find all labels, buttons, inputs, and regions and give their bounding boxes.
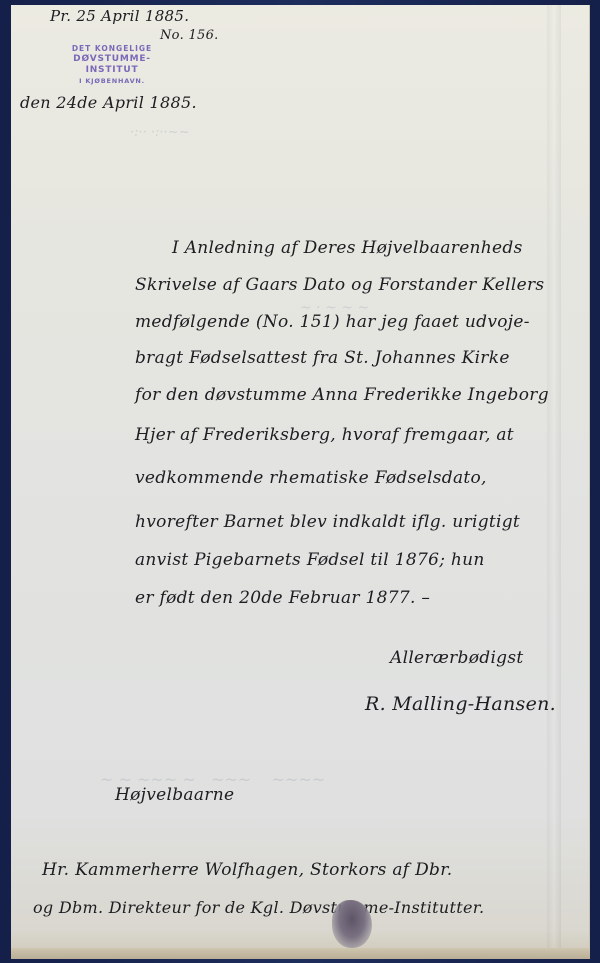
body-line-6: Hjer af Frederiksberg, hvoraf fremgaar, … bbox=[135, 425, 514, 445]
addressee-line-2: og Dbm. Direkteur for de Kgl. Døvstumme-… bbox=[33, 898, 484, 917]
signature: R. Malling-Hansen. bbox=[365, 693, 556, 715]
body-line-10: er født den 20de Februar 1877. – bbox=[135, 588, 430, 608]
addressee-line-1: Hr. Kammerherre Wolfhagen, Storkors af D… bbox=[42, 860, 452, 880]
letter-date: den 24de April 1885. bbox=[20, 93, 197, 112]
body-line-1: I Anledning af Deres Højvelbaarenheds bbox=[172, 238, 523, 258]
reference-number: No. 156. bbox=[160, 28, 219, 43]
received-note: Pr. 25 April 1885. bbox=[50, 7, 189, 25]
paper-fold bbox=[547, 5, 561, 959]
stamp-line-3: I KJØBENHAVN. bbox=[52, 76, 172, 87]
institute-stamp: DET KONGELIGE DØVSTUMME-INSTITUT I KJØBE… bbox=[52, 43, 172, 87]
body-line-5: for den døvstumme Anna Frederikke Ingebo… bbox=[135, 385, 549, 405]
stamp-line-2: DØVSTUMME-INSTITUT bbox=[52, 54, 172, 76]
stamp-line-1: DET KONGELIGE bbox=[52, 43, 172, 54]
body-line-2: Skrivelse af Gaars Dato og Forstander Ke… bbox=[135, 275, 544, 295]
ink-stain bbox=[332, 900, 372, 948]
bleed-through-text: ·:·· ·:··~~ bbox=[130, 125, 189, 140]
body-line-9: anvist Pigebarnets Fødsel til 1876; hun bbox=[135, 550, 485, 570]
closing: Allerærbødigst bbox=[390, 648, 524, 668]
body-line-7: vedkommende rhematiske Fødselsdato, bbox=[135, 468, 487, 488]
salutation: Højvelbaarne bbox=[115, 785, 234, 805]
paper-bottom-edge bbox=[11, 948, 590, 959]
body-line-3: medfølgende (No. 151) har jeg faaet udvo… bbox=[135, 312, 530, 332]
body-line-8: hvorefter Barnet blev indkaldt iflg. uri… bbox=[135, 512, 520, 532]
body-line-4: bragt Fødselsattest fra St. Johannes Kir… bbox=[135, 348, 510, 368]
